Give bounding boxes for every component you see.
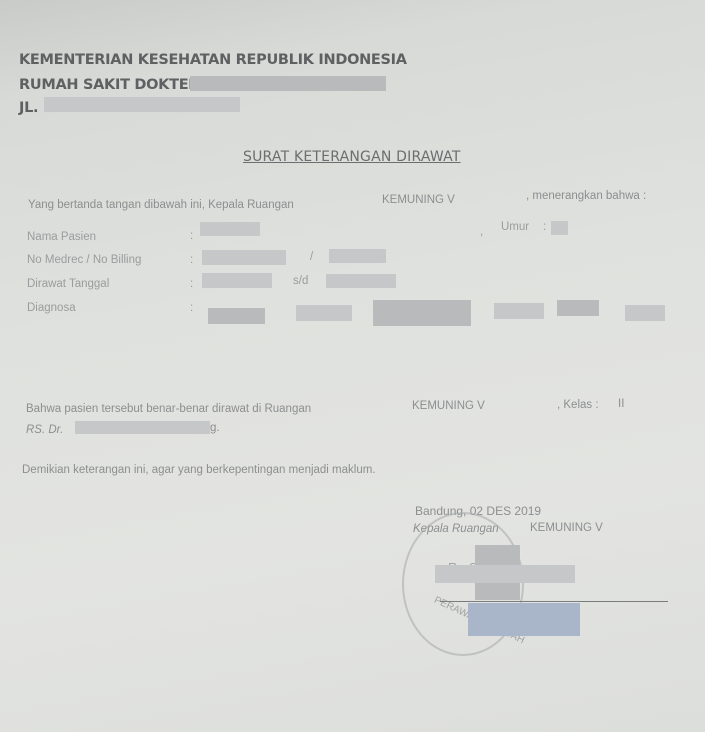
date-between: s/d: [293, 275, 308, 287]
statement-room: KEMUNING V: [412, 400, 485, 412]
field-sep: :: [190, 230, 193, 242]
hospital-address: JL.: [19, 100, 38, 116]
intro-suffix: , menerangkan bahwa :: [526, 190, 646, 202]
field-label-diagnosis: Diagnosa: [27, 302, 76, 314]
age-sep: :: [543, 221, 546, 233]
redacted-statement-hospital: [75, 421, 210, 434]
field-label-patient-name: Nama Pasien: [27, 231, 96, 243]
statement-class-label: , Kelas :: [557, 399, 599, 411]
redacted-address: [44, 97, 240, 112]
statement-hospital-suffix: g.: [210, 422, 220, 434]
redacted-billing: [329, 249, 386, 263]
redacted-diagnosis-5: [557, 300, 599, 316]
redacted-signer-name: [468, 603, 580, 636]
field-label-medrec: No Medrec / No Billing: [27, 254, 141, 266]
intro-text: Yang bertanda tangan dibawah ini, Kepala…: [28, 199, 294, 211]
medrec-divider: /: [310, 251, 313, 263]
ministry-heading: KEMENTERIAN KESEHATAN REPUBLIK INDONESIA: [19, 52, 407, 68]
redacted-patient-name: [200, 222, 260, 236]
redacted-date-from: [202, 273, 272, 288]
signature-line: [440, 601, 668, 602]
field-sep: :: [190, 254, 193, 266]
redacted-age: [551, 221, 568, 235]
document-title: SURAT KETERANGAN DIRAWAT: [243, 149, 461, 165]
redacted-medrec: [202, 250, 286, 265]
field-sep: :: [190, 278, 193, 290]
redacted-hospital-name: [190, 76, 386, 91]
closing-text: Demikian keterangan ini, agar yang berke…: [22, 464, 376, 476]
redacted-date-to: [326, 274, 396, 288]
hospital-name: RUMAH SAKIT DOKTER: [19, 77, 199, 93]
field-label-date: Dirawat Tanggal: [27, 278, 109, 290]
redacted-diagnosis-2: [296, 305, 352, 321]
statement-text: Bahwa pasien tersebut benar-benar dirawa…: [26, 403, 311, 415]
age-label: Umur: [501, 221, 529, 233]
field-sep: :: [190, 302, 193, 314]
redacted-diagnosis-1: [208, 308, 265, 324]
redacted-signer-name-upper: [435, 565, 575, 583]
statement-hospital: RS. Dr.: [26, 424, 63, 436]
redacted-diagnosis-3: [373, 300, 471, 326]
statement-class-value: II: [618, 398, 624, 410]
redacted-diagnosis-4: [494, 303, 544, 319]
age-prefix: ,: [480, 226, 483, 238]
redacted-diagnosis-6: [625, 305, 665, 321]
signature-room: KEMUNING V: [530, 522, 603, 534]
intro-room: KEMUNING V: [382, 194, 455, 206]
